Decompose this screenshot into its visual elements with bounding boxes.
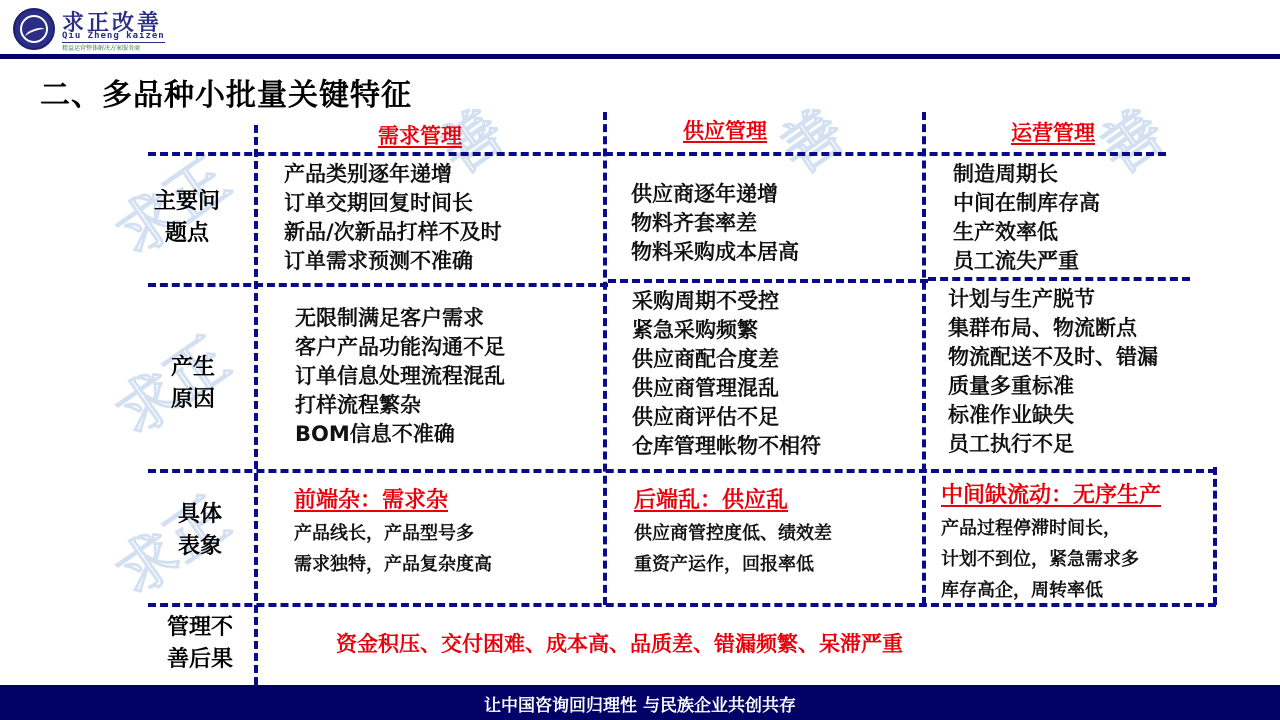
grid-line bbox=[148, 152, 1166, 156]
symptom-title: 前端杂：需求杂 bbox=[294, 484, 492, 518]
grid-line bbox=[1213, 467, 1217, 605]
cell-symptoms-operations: 中间缺流动：无序生产 产品过程停滞时间长， 计划不到位，紧急需求多 库存高企，周… bbox=[941, 479, 1161, 606]
symptom-title: 中间缺流动：无序生产 bbox=[941, 479, 1161, 513]
column-header-demand: 需求管理 bbox=[378, 120, 462, 150]
row-header-causes: 产生 原因 bbox=[148, 352, 238, 416]
grid-line bbox=[148, 283, 608, 287]
grid-line bbox=[148, 469, 1216, 473]
cell-causes-demand: 无限制满足客户需求 客户产品功能沟通不足 订单信息处理流程混乱 打样流程繁杂 B… bbox=[295, 304, 505, 449]
grid-line bbox=[922, 112, 926, 605]
cell-issues-demand: 产品类别逐年递增 订单交期回复时间长 新品/次新品打样不及时 订单需求预测不准确 bbox=[284, 160, 502, 276]
column-header-supply: 供应管理 bbox=[683, 115, 767, 145]
cell-issues-operations: 制造周期长 中间在制库存高 生产效率低 员工流失严重 bbox=[953, 160, 1100, 276]
grid-line bbox=[608, 279, 928, 283]
slide-header: 求正改善 Qiu Zheng kaizen 精益运营整体解决方案服务商 bbox=[0, 0, 1280, 54]
page-title: 二、多品种小批量关键特征 bbox=[40, 70, 412, 114]
row-header-consequences: 管理不 善后果 bbox=[150, 612, 250, 676]
grid-line bbox=[254, 125, 258, 685]
column-header-operations: 运营管理 bbox=[1011, 117, 1095, 147]
brand-tagline: 精益运营整体解决方案服务商 bbox=[62, 43, 140, 52]
footer-bar: 让中国咨询回归理性 与民族企业共创共存 bbox=[0, 685, 1280, 720]
grid-line bbox=[928, 277, 1190, 281]
cell-symptoms-demand: 前端杂：需求杂 产品线长，产品型号多 需求独特，产品复杂度高 bbox=[294, 484, 492, 580]
company-seal-icon bbox=[13, 8, 55, 50]
cell-causes-supply: 采购周期不受控 紧急采购频繁 供应商配合度差 供应商管理混乱 供应商评估不足 仓… bbox=[632, 287, 821, 461]
cell-symptoms-supply: 后端乱：供应乱 供应商管控度低、绩效差 重资产运作，回报率低 bbox=[634, 484, 832, 580]
cell-issues-supply: 供应商逐年递增 物料齐套率差 物料采购成本居高 bbox=[631, 180, 799, 267]
consequence-text: 资金积压、交付困难、成本高、品质差、错漏频繁、呆滞严重 bbox=[336, 628, 903, 658]
footer-slogan: 让中国咨询回归理性 与民族企业共创共存 bbox=[0, 691, 1280, 716]
header-divider-bar bbox=[0, 54, 1280, 59]
cell-causes-operations: 计划与生产脱节 集群布局、物流断点 物流配送不及时、错漏 质量多重标准 标准作业… bbox=[948, 285, 1158, 459]
row-header-main-issues: 主要问 题点 bbox=[140, 186, 234, 250]
grid-line bbox=[603, 112, 607, 605]
brand-pinyin: Qiu Zheng kaizen bbox=[62, 31, 165, 43]
watermark: 善 bbox=[761, 86, 859, 191]
row-header-symptoms: 具体 表象 bbox=[155, 499, 245, 563]
symptom-title: 后端乱：供应乱 bbox=[634, 484, 832, 518]
